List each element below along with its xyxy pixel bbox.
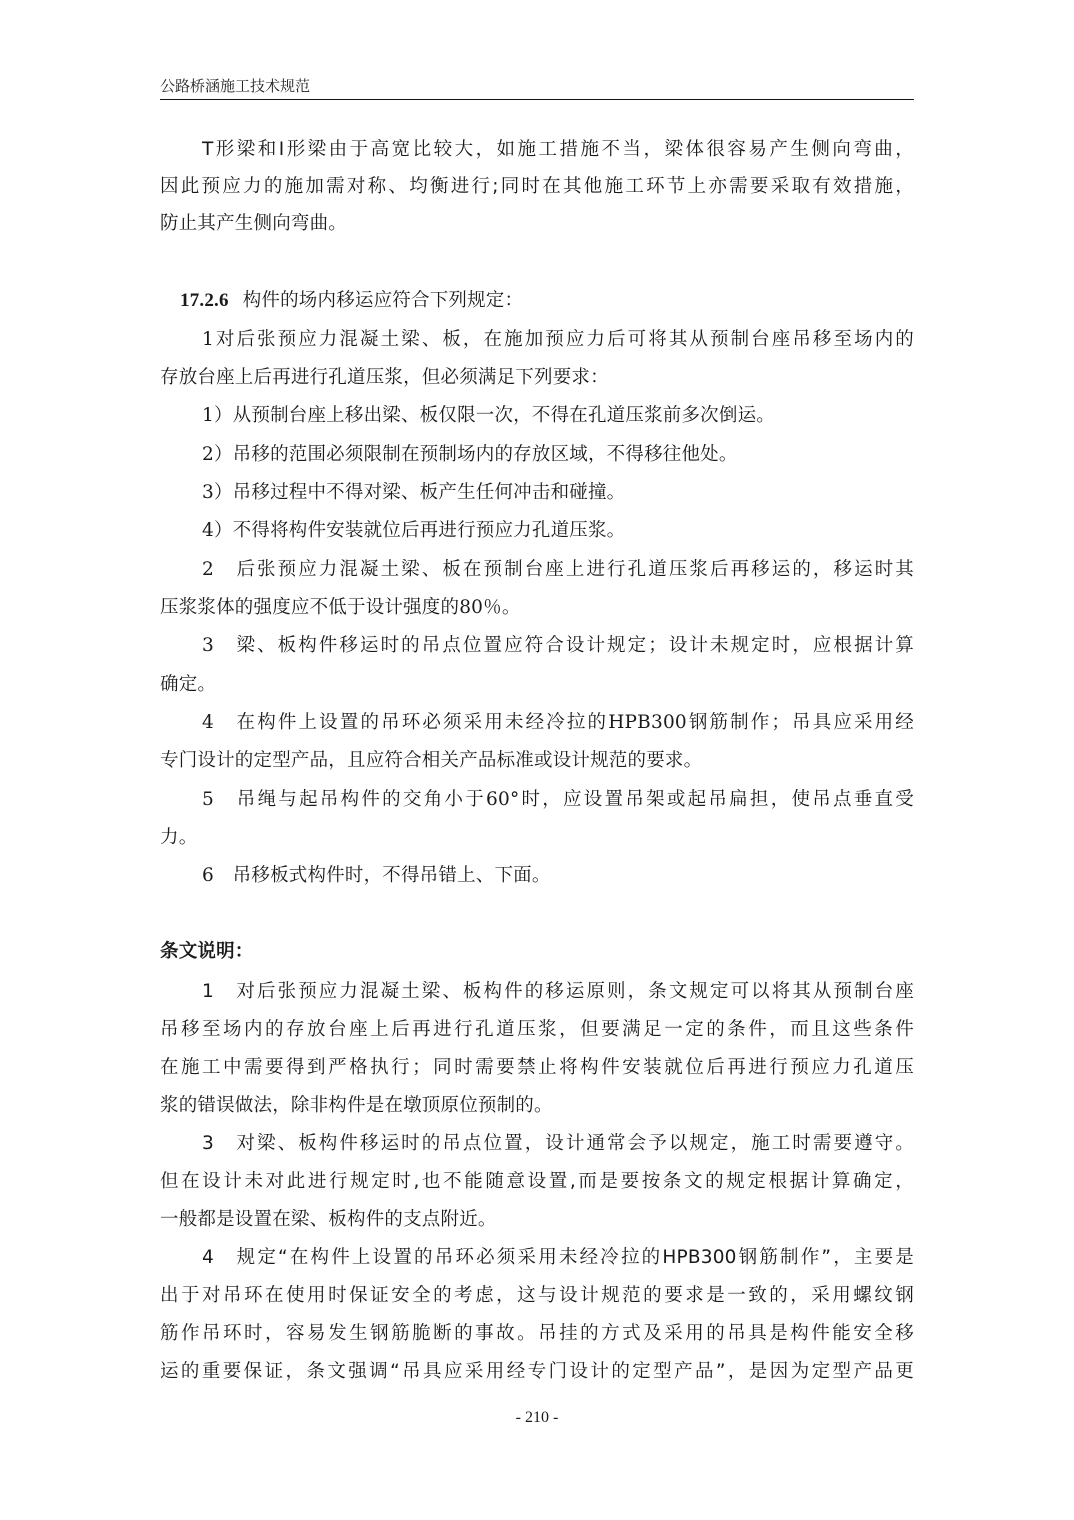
item-1-line-1: 1对后张预应力混凝土梁、板，在施加预应力后可将其从预制台座吊移至场内的 bbox=[160, 325, 914, 351]
commentary-1-line-3: 在施工中需要得到严格执行；同时需要禁止将构件安装就位后再进行预应力孔道压 bbox=[160, 1053, 914, 1079]
commentary-1-line-4: 浆的错误做法，除非构件是在墩顶原位预制的。 bbox=[160, 1091, 914, 1117]
subitem-3: 3）吊移过程中不得对梁、板产生任何冲击和碰撞。 bbox=[160, 478, 914, 504]
intro-line-2: 因此预应力的施加需对称、均衡进行;同时在其他施工环节上亦需要采取有效措施， bbox=[160, 172, 914, 198]
commentary-3-line-2: 但在设计未对此进行规定时,也不能随意设置,而是要按条文的规定根据计算确定， bbox=[160, 1167, 914, 1193]
item-5-line-1: 5 吊绳与起吊构件的交角小于60°时，应设置吊架或起吊扁担，使吊点垂直受 bbox=[160, 785, 914, 811]
item-3-line-2: 确定。 bbox=[160, 670, 914, 696]
subitem-4: 4）不得将构件安装就位后再进行预应力孔道压浆。 bbox=[160, 516, 914, 542]
item-4-line-1: 4 在构件上设置的吊环必须采用未经冷拉的HPB300钢筋制作；吊具应采用经 bbox=[160, 708, 914, 734]
subitem-2: 2）吊移的范围必须限制在预制场内的存放区域，不得移往他处。 bbox=[160, 440, 914, 466]
page-number: - 210 - bbox=[0, 1409, 1074, 1427]
section-title: 构件的场内移运应符合下列规定： bbox=[243, 290, 524, 311]
item-2-line-1: 2 后张预应力混凝土梁、板在预制台座上进行孔道压浆后再移运的，移运时其 bbox=[160, 555, 914, 581]
item-6-line-1: 6 吊移板式构件时，不得吊错上、下面。 bbox=[160, 861, 914, 887]
header-rule bbox=[160, 99, 914, 100]
section-number: 17.2.6 bbox=[180, 290, 229, 311]
intro-line-1: T形梁和I形梁由于高宽比较大，如施工措施不当，梁体很容易产生侧向弯曲， bbox=[160, 135, 914, 161]
item-4-line-2: 专门设计的定型产品，且应符合相关产品标准或设计规范的要求。 bbox=[160, 746, 914, 772]
commentary-3-line-1: 3 对梁、板构件移运时的吊点位置，设计通常会予以规定，施工时需要遵守。 bbox=[160, 1129, 914, 1155]
item-2-line-2: 压浆浆体的强度应不低于设计强度的80％。 bbox=[160, 593, 914, 619]
commentary-1-line-1: 1 对后张预应力混凝土梁、板构件的移运原则，条文规定可以将其从预制台座 bbox=[160, 977, 914, 1003]
commentary-4-line-3: 筋作吊环时，容易发生钢筋脆断的事故。吊挂的方式及采用的吊具是构件能安全移 bbox=[160, 1319, 914, 1345]
commentary-4-line-1: 4 规定“在构件上设置的吊环必须采用未经冷拉的HPB300钢筋制作”，主要是 bbox=[160, 1243, 914, 1269]
running-header: 公路桥涵施工技术规范 bbox=[160, 75, 310, 96]
commentary-4-line-4: 运的重要保证，条文强调“吊具应采用经专门设计的定型产品”，是因为定型产品更 bbox=[160, 1357, 914, 1383]
item-1-line-2: 存放台座上后再进行孔道压浆，但必须满足下列要求： bbox=[160, 363, 914, 389]
item-3-line-1: 3 梁、板构件移运时的吊点位置应符合设计规定；设计未规定时，应根据计算 bbox=[160, 631, 914, 657]
section-heading: 17.2.6构件的场内移运应符合下列规定： bbox=[180, 286, 934, 312]
intro-line-3: 防止其产生侧向弯曲。 bbox=[160, 209, 914, 235]
commentary-1-line-2: 吊移至场内的存放台座上后再进行孔道压浆，但要满足一定的条件，而且这些条件 bbox=[160, 1015, 914, 1041]
commentary-4-line-2: 出于对吊环在使用时保证安全的考虑，这与设计规范的要求是一致的，采用螺纹钢 bbox=[160, 1281, 914, 1307]
commentary-3-line-3: 一般都是设置在梁、板构件的支点附近。 bbox=[160, 1205, 914, 1231]
item-5-line-2: 力。 bbox=[160, 823, 914, 849]
subitem-1: 1）从预制台座上移出梁、板仅限一次，不得在孔道压浆前多次倒运。 bbox=[160, 401, 914, 427]
commentary-heading: 条文说明： bbox=[160, 937, 914, 963]
